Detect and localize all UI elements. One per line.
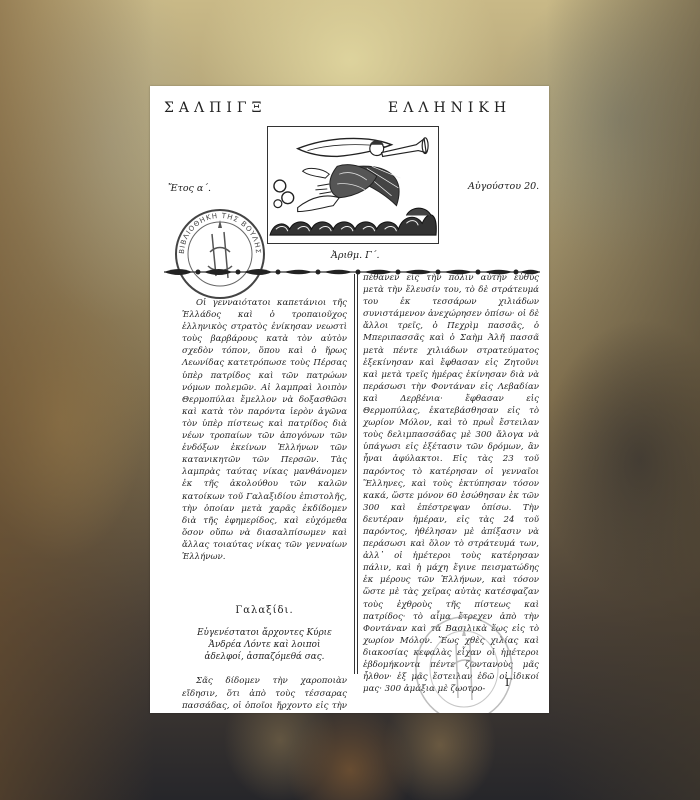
library-stamp-icon: ΒΙΒΛΙΟΘΗΚΗ ΤΗΣ ΒΟΥΛΗΣ [172, 206, 268, 302]
date-label: Αὐγούστου 20. [468, 181, 539, 192]
article-paragraph: Οἱ γενναιότατοι καπετάνιοι τῆς Ἑλλάδος κ… [182, 297, 347, 563]
column-divider [354, 274, 358, 674]
angel-trumpet-woodcut-illustration [267, 126, 439, 244]
masthead-title-left: ΣΑΛΠΙΓΞ [164, 100, 266, 116]
letter-salutation: Εὐγενέστατοι ἄρχοντες Κύριε Ἀνδρέα Λόντε… [182, 627, 347, 663]
left-column: Οἱ γενναιότατοι καπετάνιοι τῆς Ἑλλάδος κ… [182, 297, 347, 713]
masthead-title-right: ΕΛΛΗΝΙΚΗ [388, 100, 511, 116]
faded-library-stamp-icon [412, 614, 516, 713]
year-label: Ἔτος α΄. [168, 183, 211, 194]
letter-paragraph: Σᾶς δίδομεν τὴν χαροποιὰν εἴδησιν, ὅτι ἀ… [182, 675, 347, 713]
newspaper-page: ΣΑΛΠΙΓΞ ΕΛΛΗΝΙΚΗ [150, 86, 549, 713]
section-heading: Γαλαξίδι. [182, 605, 347, 617]
issue-number-label: Ἀριθμ. Γ΄. [331, 250, 379, 261]
